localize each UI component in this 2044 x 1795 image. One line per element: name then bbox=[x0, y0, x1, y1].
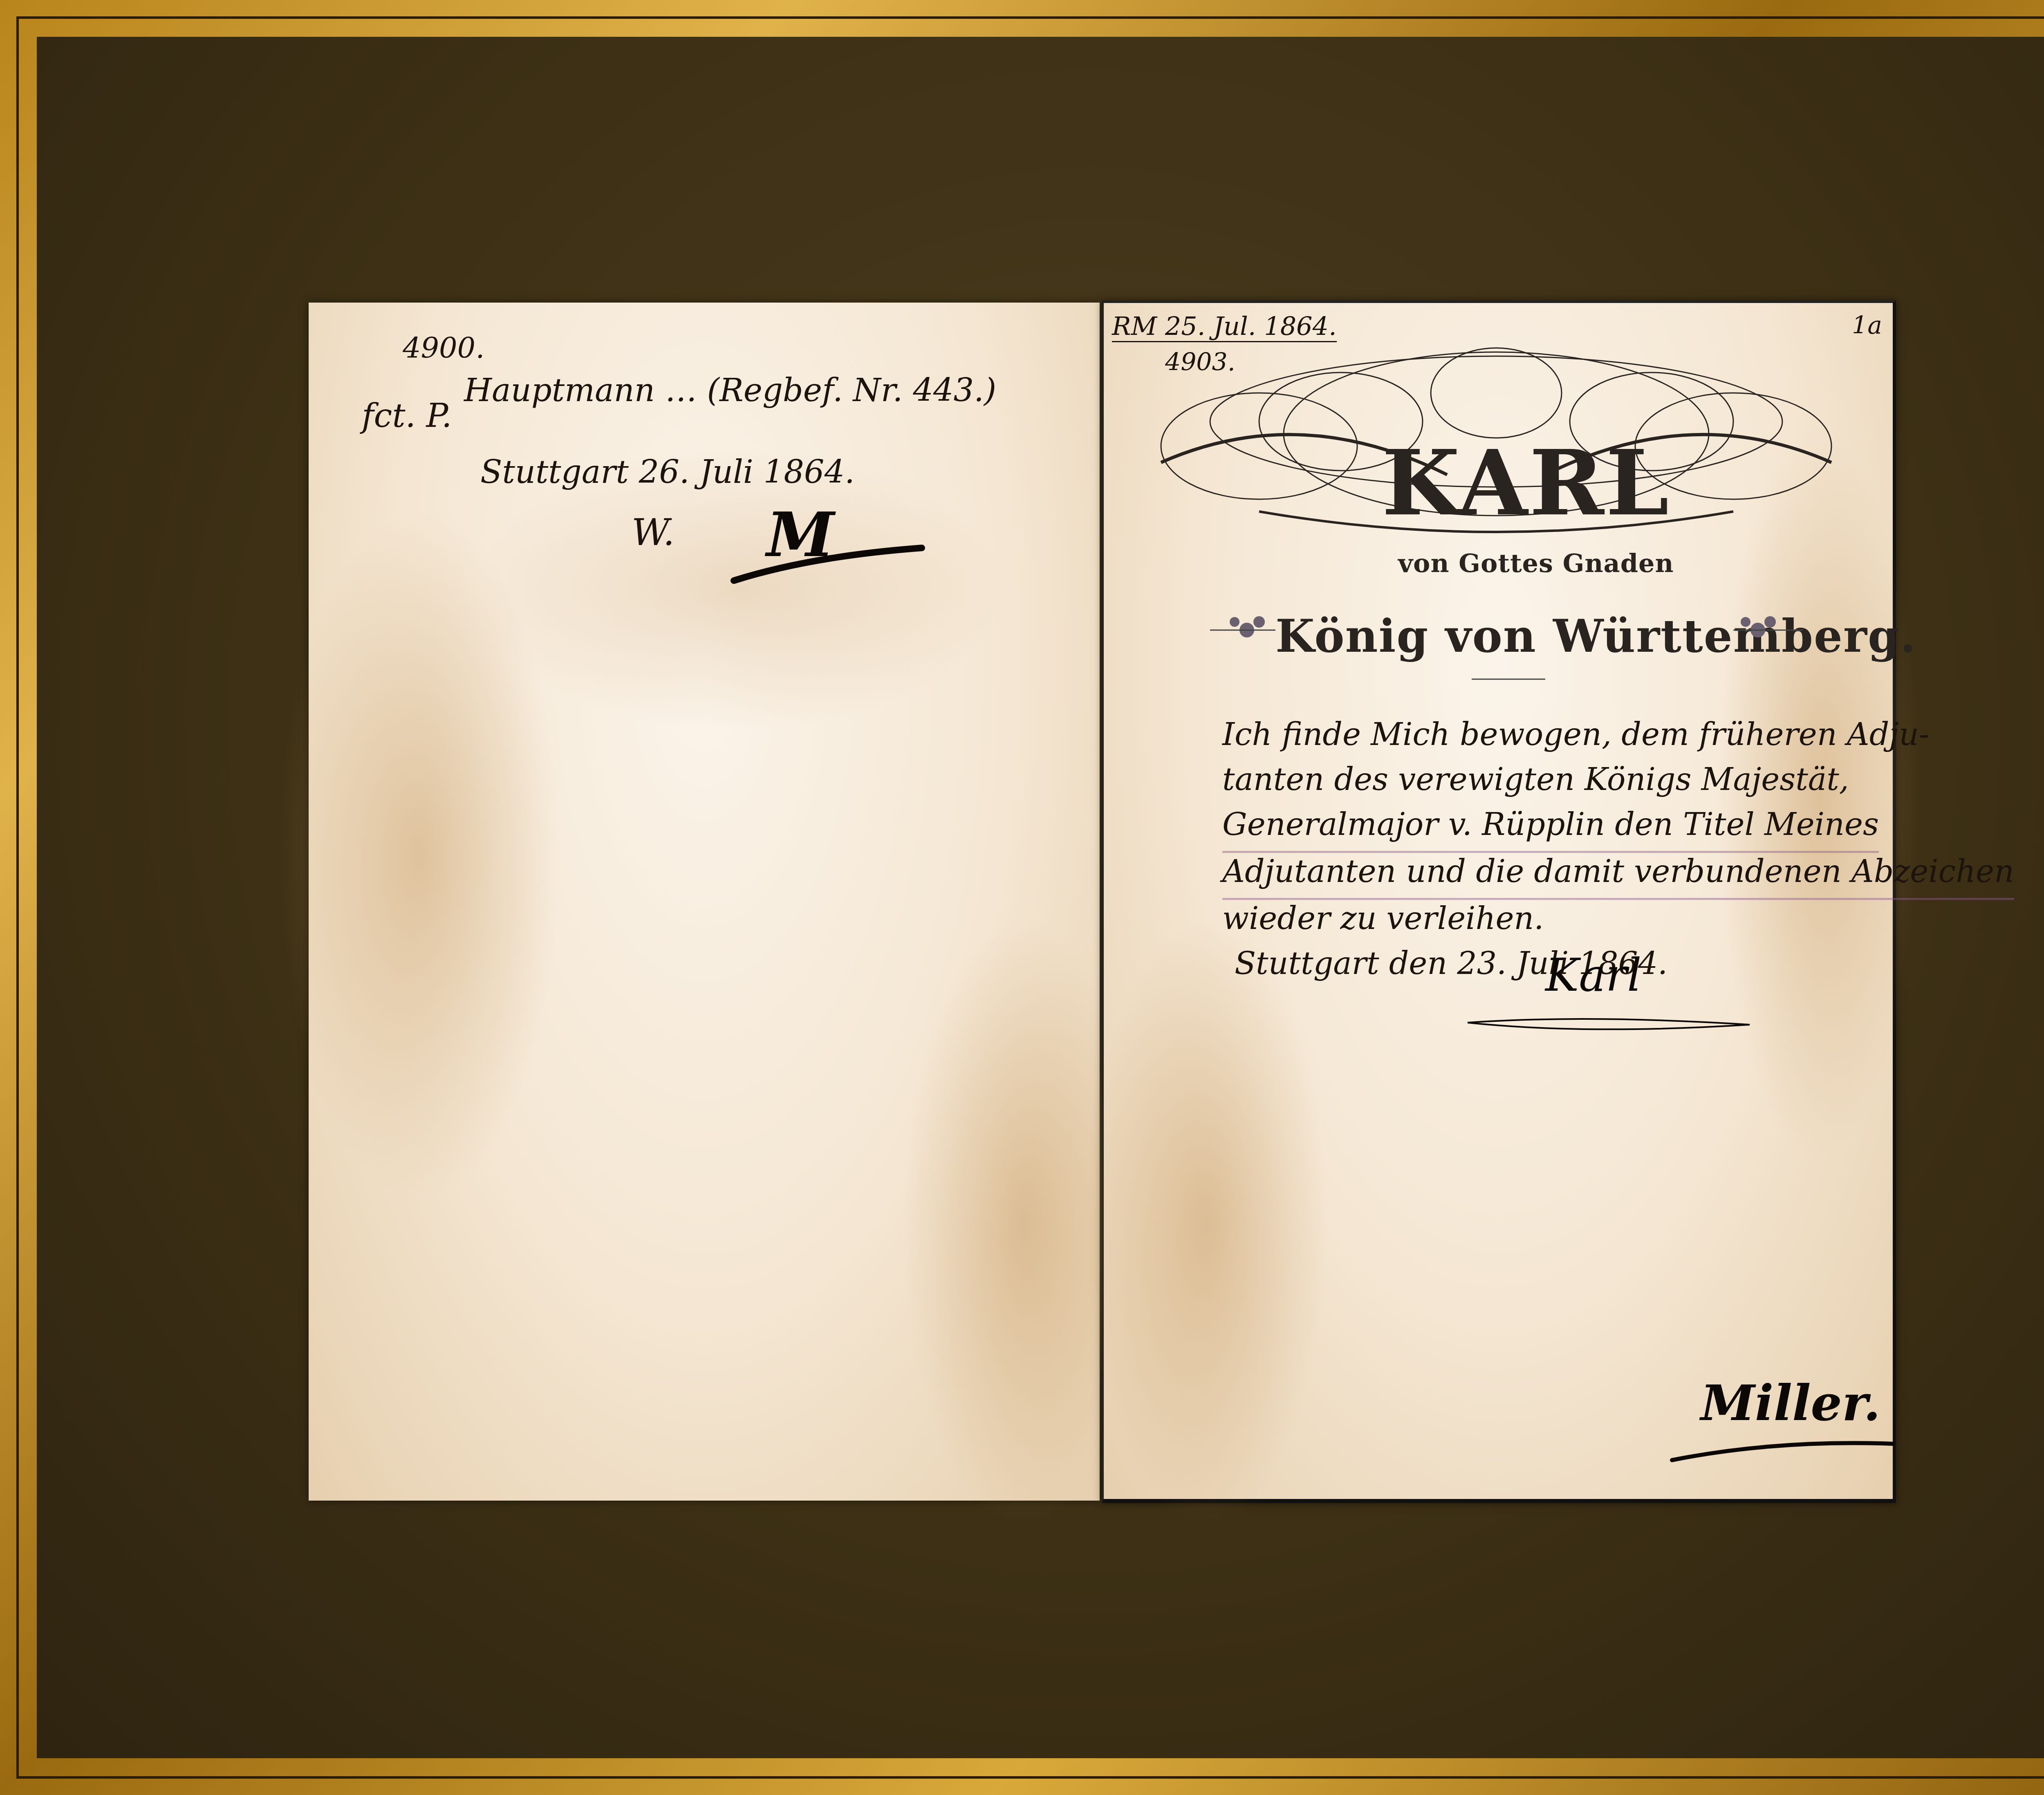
right-page: RM 25. Jul. 1864. 4903. 1a KARL von Gott… bbox=[1102, 301, 1896, 1503]
picture-frame: 4900. fct. P. Hauptmann … (Regbef. Nr. 4… bbox=[0, 0, 2044, 1795]
title-name: KARL bbox=[1382, 430, 1671, 536]
body-line: tanten des verewigten Königs Majestät, bbox=[1222, 761, 1885, 806]
minister-signature: Miller. bbox=[1701, 1374, 1880, 1432]
registry-stamp: RM 25. Jul. 1864. bbox=[1112, 311, 1337, 342]
page-mark: 1a bbox=[1852, 311, 1882, 340]
body-line: Generalmajor v. Rüpplin den Titel Meines bbox=[1222, 806, 1879, 853]
signature-stroke bbox=[730, 540, 926, 589]
body-line: wieder zu verleihen. bbox=[1222, 900, 1885, 945]
water-stain bbox=[1083, 916, 1329, 1530]
signature-underline bbox=[1464, 1006, 1758, 1035]
left-line2: Stuttgart 26. Juli 1864. bbox=[480, 454, 855, 491]
body-line: Ich finde Mich bewogen, dem früheren Adj… bbox=[1222, 716, 1885, 761]
left-number: 4900. bbox=[403, 331, 484, 365]
left-abbrev: fct. P. bbox=[362, 397, 452, 435]
vine-ornament-icon bbox=[1210, 597, 1803, 687]
king-signature: Karl bbox=[1545, 949, 1642, 1001]
title-sub: von Gottes Gnaden bbox=[1398, 548, 1674, 578]
left-page: 4900. fct. P. Hauptmann … (Regbef. Nr. 4… bbox=[309, 303, 1100, 1501]
body-line: Adjutanten und die damit verbundenen Abz… bbox=[1222, 853, 2014, 900]
signature-underline bbox=[1668, 1436, 1897, 1468]
left-initial: W. bbox=[632, 511, 675, 554]
left-line1: Hauptmann … (Regbef. Nr. 443.) bbox=[464, 372, 996, 409]
